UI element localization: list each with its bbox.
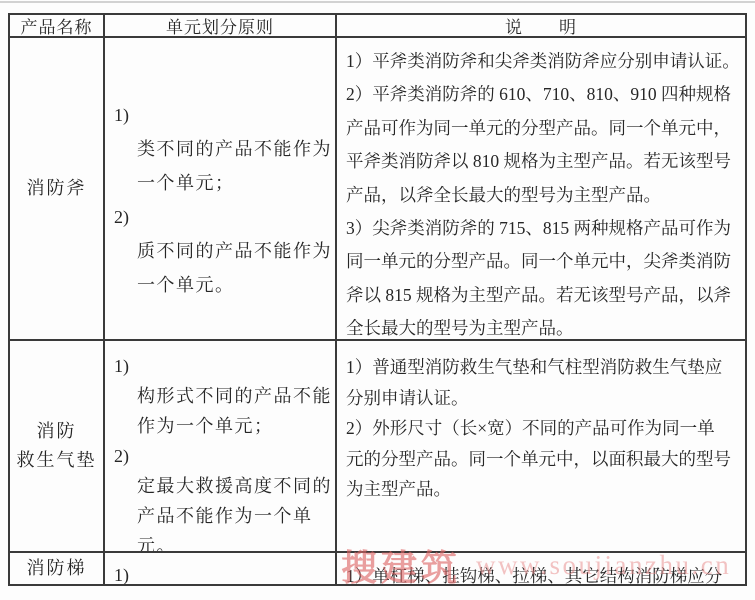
product-name-line: 消防斧: [27, 174, 87, 203]
explanation-line: 同一单元的分型产品。同一个单元中，尖斧类消防: [346, 245, 743, 278]
row-fire-ladder-principles: 1): [105, 553, 337, 584]
explanation-line: 产品，以斧全长最大的型号为主型产品。: [346, 179, 743, 212]
header-unit-division-principle: 单元划分原则: [105, 15, 337, 38]
explanation-line: 斧以 815 规格为主型产品。若无该型号产品，以斧: [346, 279, 743, 312]
explanation-line: 为主型产品。: [346, 474, 743, 505]
row-rescue-cushion-name: 消防 救生气垫: [10, 341, 105, 553]
explanation-line: 全长最大的型号为主型产品。: [346, 312, 743, 341]
explanation-line: 产品可作为同一单元的分型产品。同一个单元中，: [346, 112, 743, 145]
principle-line: 元。: [137, 531, 333, 553]
principle-line: 定最大救援高度不同的: [137, 471, 333, 501]
document-page: 产品名称 单元划分原则 说 明 消防斧 1) 类不同的产品不能作为 一个单元； …: [0, 0, 755, 600]
explanation-line: 3）尖斧类消防斧的 715、815 两种规格产品可作为: [346, 212, 743, 245]
principle-line: 1): [114, 98, 333, 132]
explanation-line: 平斧类消防斧以 810 规格为主型产品。若无该型号: [346, 145, 743, 178]
explanation-line: 1）普通型消防救生气垫和气柱型消防救生气垫应: [346, 352, 743, 383]
principle-line: 作为一个单元；: [137, 411, 333, 441]
row-fire-axe-explanation: 1）平斧类消防斧和尖斧类消防斧应分别申请认证。 2）平斧类消防斧的 610、71…: [337, 38, 745, 341]
explanation-line: 1）平斧类消防斧和尖斧类消防斧应分别申请认证。: [346, 45, 743, 78]
product-name-line: 消防: [37, 417, 77, 446]
row-rescue-cushion-explanation: 1）普通型消防救生气垫和气柱型消防救生气垫应 分别申请认证。 2）外形尺寸（长×…: [337, 341, 745, 553]
row-rescue-cushion-principles: 1) 构形式不同的产品不能 作为一个单元； 2) 定最大救援高度不同的 产品不能…: [105, 341, 337, 553]
row-fire-ladder-explanation: 1）单杠梯、挂钩梯、拉梯、其它结构消防梯应分: [337, 553, 745, 584]
principle-line: 2): [114, 441, 333, 471]
header-product-name: 产品名称: [10, 15, 105, 38]
row-fire-axe-name: 消防斧: [10, 38, 105, 341]
principle-line: 一个单元；: [137, 166, 333, 200]
row-fire-axe-principles: 1) 类不同的产品不能作为 一个单元； 2) 质不同的产品不能作为 一个单元。: [105, 38, 337, 341]
principle-line: 构形式不同的产品不能: [137, 381, 333, 411]
principle-line: 质不同的产品不能作为: [137, 234, 333, 268]
explanation-line: 1）单杠梯、挂钩梯、拉梯、其它结构消防梯应分: [346, 564, 743, 584]
product-name-line: 消防梯: [27, 554, 87, 583]
principle-line: 1): [114, 351, 333, 381]
explanation-line: 2）外形尺寸（长×宽）不同的产品可作为同一单: [346, 413, 743, 444]
product-name-line: 救生气垫: [17, 446, 97, 475]
principle-line: 类不同的产品不能作为: [137, 132, 333, 166]
explanation-line: 分别申请认证。: [346, 383, 743, 414]
principle-line: 1): [114, 563, 333, 584]
principle-line: 2): [114, 200, 333, 234]
header-explanation: 说 明: [337, 15, 745, 38]
explanation-line: 元的分型产品。同一个单元中，以面积最大的型号: [346, 444, 743, 475]
product-unit-division-table: 产品名称 单元划分原则 说 明 消防斧 1) 类不同的产品不能作为 一个单元； …: [8, 13, 747, 586]
principle-line: 一个单元。: [137, 268, 333, 302]
row-fire-ladder-name: 消防梯: [10, 553, 105, 584]
explanation-line: 2）平斧类消防斧的 610、710、810、910 四种规格: [346, 78, 743, 111]
principle-line: 产品不能作为一个单: [137, 501, 333, 531]
scan-artifact-line: [0, 1, 755, 3]
